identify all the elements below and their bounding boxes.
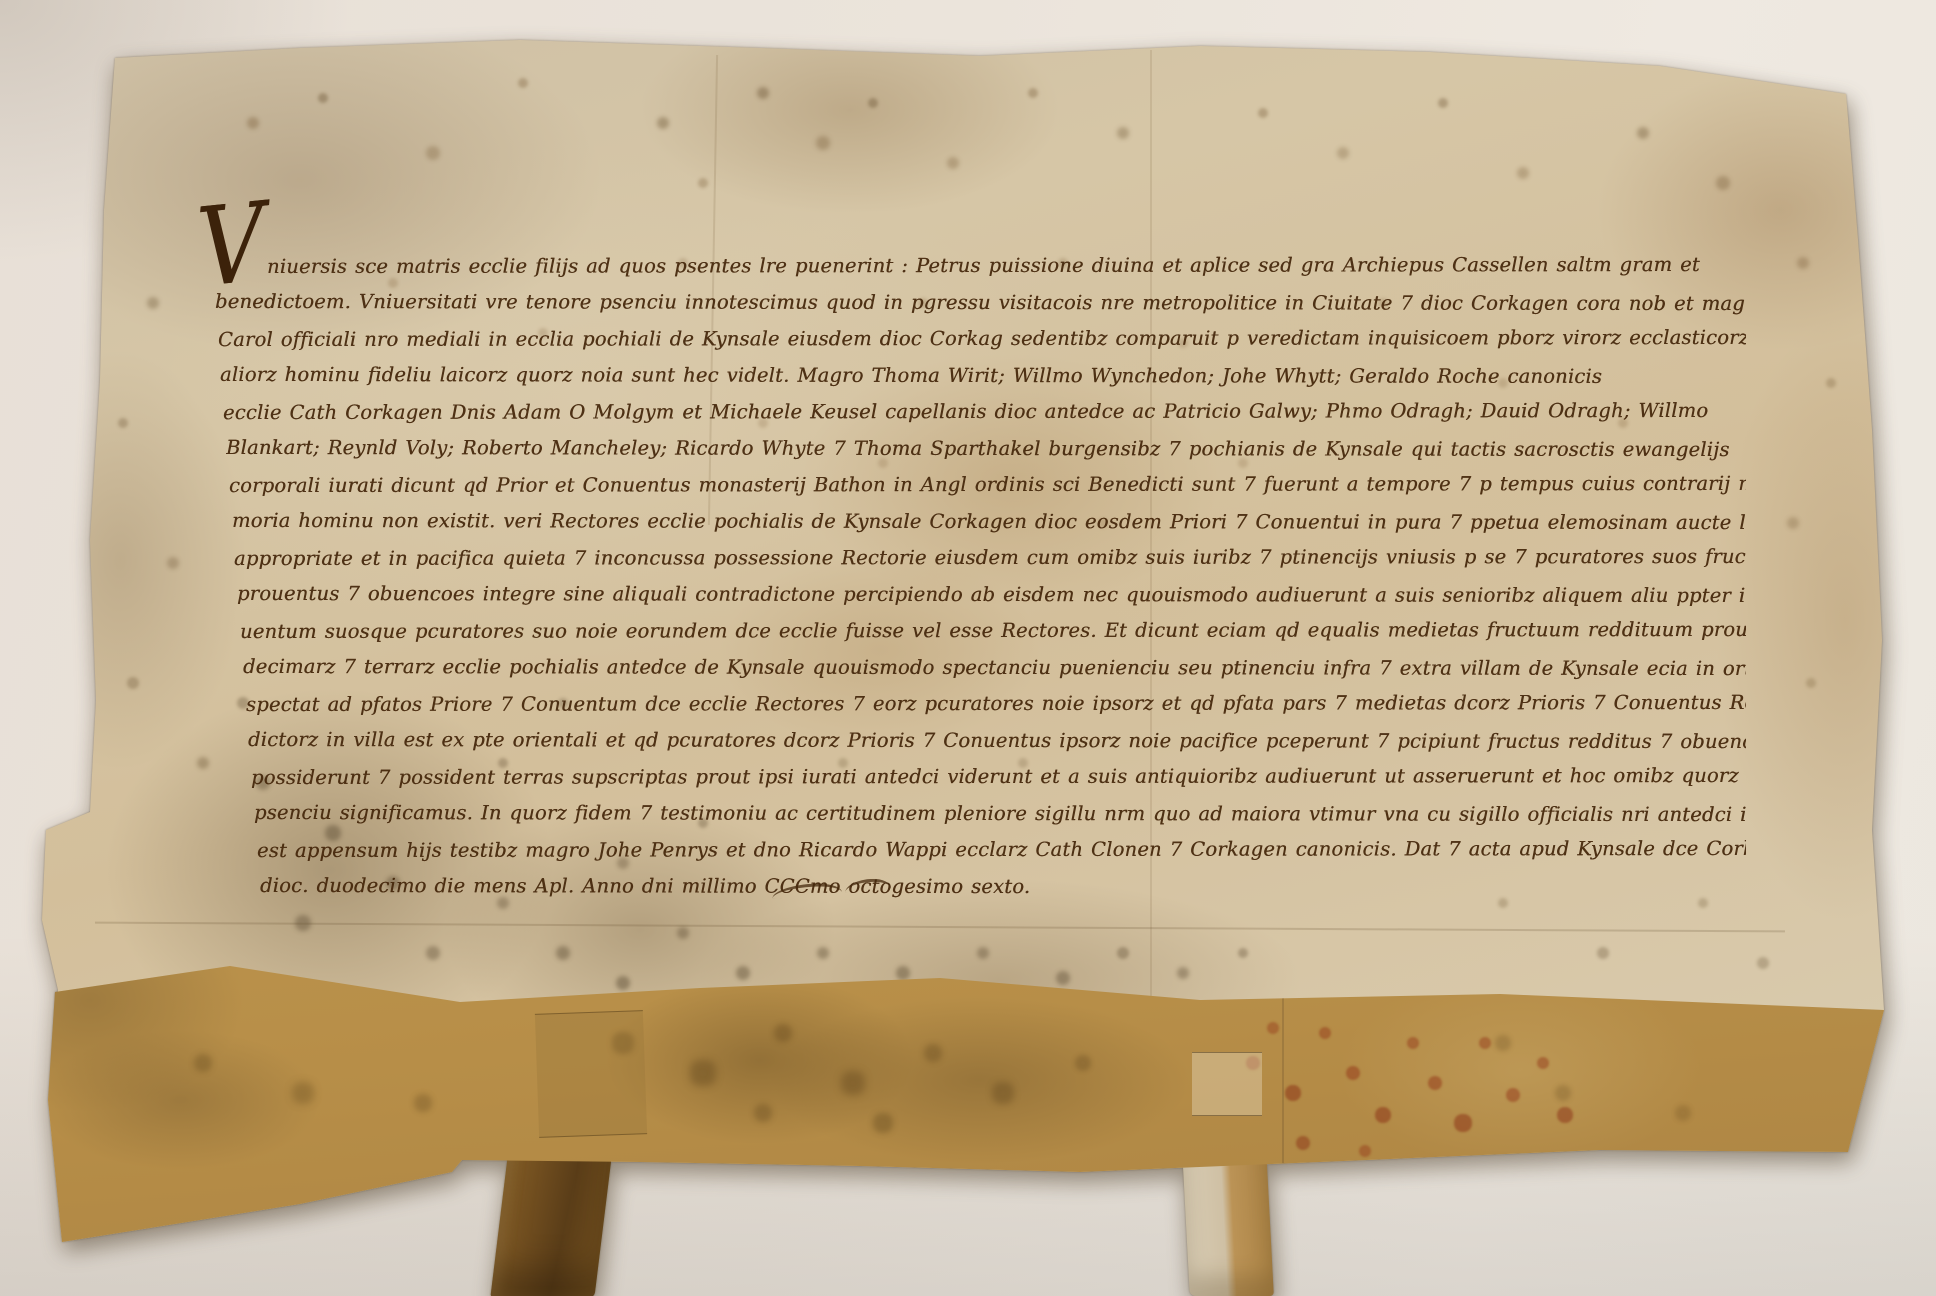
manuscript-line: aliorz hominu fideliu laicorz quorz noia… — [220, 356, 1746, 395]
photo-backdrop: V niuersis sce matris ecclie filijs ad q… — [0, 0, 1936, 1296]
manuscript-line: dictorz in villa est ex pte orientali et… — [248, 721, 1746, 760]
seal-tag-right — [1182, 1150, 1274, 1296]
manuscript-line: niuersis sce matris ecclie filijs ad quo… — [212, 247, 1746, 286]
manuscript-line: ecclie Cath Corkagen Dnis Adam O Molgym … — [223, 393, 1746, 432]
stain-speckles-lower — [0, 0, 6, 6]
fold-stain-spots — [0, 0, 6, 6]
manuscript-line: corporali iurati dicunt qd Prior et Conu… — [229, 466, 1746, 505]
fold-red-spots — [0, 0, 6, 6]
manuscript-line: appropriate et in pacifica quieta 7 inco… — [234, 539, 1746, 578]
manuscript-text: niuersis sce matris ecclie filijs ad quo… — [212, 248, 1746, 905]
seal-tag-left — [490, 1140, 613, 1296]
manuscript-line: moria hominu non existit. veri Rectores … — [232, 502, 1746, 541]
manuscript-line: uentum suosque pcuratores suo noie eorun… — [240, 612, 1746, 651]
parchment-charter: V niuersis sce matris ecclie filijs ad q… — [0, 0, 1936, 1296]
seal-tag-slit-right — [1192, 1052, 1262, 1116]
manuscript-line: est appensum hijs testibz magro Johe Pen… — [257, 831, 1746, 870]
fold-crease — [1282, 995, 1284, 1163]
manuscript-line: dioc. duodecimo die mens Apl. Anno dni m… — [260, 867, 1746, 906]
manuscript-line: Blankart; Reynld Voly; Roberto Mancheley… — [226, 429, 1746, 468]
manuscript-line: possiderunt 7 possident terras supscript… — [251, 758, 1746, 797]
manuscript-line: spectat ad pfatos Priore 7 Conuentum dce… — [246, 685, 1746, 724]
manuscript-line: psenciu significamus. In quorz fidem 7 t… — [254, 794, 1746, 833]
seal-tag-slit-left — [535, 1010, 647, 1138]
stain-speckles-upper — [0, 0, 6, 6]
manuscript-line: benedictoem. Vniuersitati vre tenore pse… — [215, 283, 1746, 322]
manuscript-line: prouentus 7 obuencoes integre sine aliqu… — [237, 575, 1746, 614]
manuscript-line: decimarz 7 terrarz ecclie pochialis ante… — [243, 648, 1746, 687]
manuscript-line: Carol officiali nro mediali in ecclia po… — [218, 320, 1746, 359]
horizontal-crease — [95, 922, 1785, 933]
